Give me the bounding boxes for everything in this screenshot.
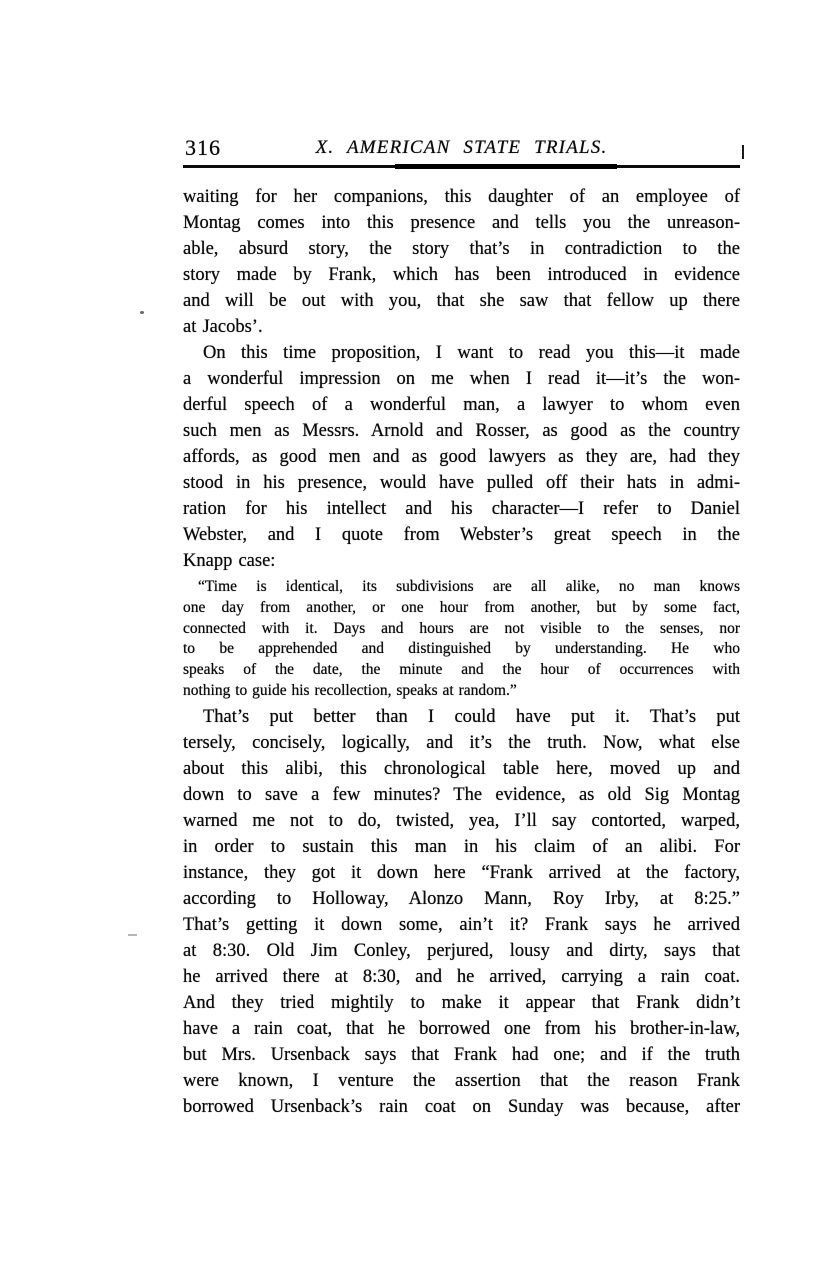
text-line: That’s put better than I could have put … <box>183 704 740 730</box>
text-line: connected with it. Days and hours are no… <box>183 619 740 640</box>
margin-speck <box>140 311 144 314</box>
text-line: to be apprehended and distinguished by u… <box>183 639 740 660</box>
paragraph: waiting for her companions, this daughte… <box>183 184 740 340</box>
paragraph: On this time proposition, I want to read… <box>183 340 740 574</box>
text-line: waiting for her companions, this daughte… <box>183 184 740 210</box>
text-line: warned me not to do, twisted, yea, I’ll … <box>183 808 740 834</box>
text-line: able, absurd story, the story that’s in … <box>183 236 740 262</box>
text-line: That’s getting it down some, ain’t it? F… <box>183 912 740 938</box>
text-line: “Time is identical, its subdivisions are… <box>183 577 740 598</box>
text-line: at Jacobs’. <box>183 314 740 340</box>
text-line: speaks of the date, the minute and the h… <box>183 660 740 681</box>
running-header-title: X. AMERICAN STATE TRIALS. <box>183 137 740 159</box>
text-line: according to Holloway, Alonzo Mann, Roy … <box>183 886 740 912</box>
text-line: have a rain coat, that he borrowed one f… <box>183 1016 740 1042</box>
text-line: stood in his presence, would have pulled… <box>183 470 740 496</box>
paragraph: That’s put better than I could have put … <box>183 704 740 1120</box>
text-line: such men as Messrs. Arnold and Rosser, a… <box>183 418 740 444</box>
text-line: story made by Frank, which has been intr… <box>183 262 740 288</box>
page-text: waiting for her companions, this daughte… <box>183 184 740 1120</box>
text-line: On this time proposition, I want to read… <box>183 340 740 366</box>
margin-speck <box>128 934 137 936</box>
text-line: Webster, and I quote from Webster’s grea… <box>183 522 740 548</box>
text-line: derful speech of a wonderful man, a lawy… <box>183 392 740 418</box>
text-line: down to save a few minutes? The evidence… <box>183 782 740 808</box>
text-line: borrowed Ursenback’s rain coat on Sunday… <box>183 1094 740 1120</box>
text-line: were known, I venture the assertion that… <box>183 1068 740 1094</box>
text-line: Montag comes into this presence and tell… <box>183 210 740 236</box>
text-line: at 8:30. Old Jim Conley, perjured, lousy… <box>183 938 740 964</box>
text-line: and will be out with you, that she saw t… <box>183 288 740 314</box>
text-line: affords, as good men and as good lawyers… <box>183 444 740 470</box>
scanned-book-page: 316 X. AMERICAN STATE TRIALS. waiting fo… <box>0 0 836 1284</box>
text-line: nothing to guide his recollection, speak… <box>183 681 740 702</box>
text-line: tersely, concisely, logically, and it’s … <box>183 730 740 756</box>
text-line: he arrived there at 8:30, and he arrived… <box>183 964 740 990</box>
scan-artifact-tick <box>742 145 744 159</box>
text-line: a wonderful impression on me when I read… <box>183 366 740 392</box>
text-line: ration for his intellect and his charact… <box>183 496 740 522</box>
header-rule <box>183 165 740 168</box>
text-line: but Mrs. Ursenback says that Frank had o… <box>183 1042 740 1068</box>
text-line: Knapp case: <box>183 548 740 574</box>
text-line: one day from another, or one hour from a… <box>183 598 740 619</box>
block-quote: “Time is identical, its subdivisions are… <box>183 577 740 702</box>
running-header: 316 X. AMERICAN STATE TRIALS. <box>183 133 740 163</box>
text-line: And they tried mightily to make it appea… <box>183 990 740 1016</box>
text-line: instance, they got it down here “Frank a… <box>183 860 740 886</box>
text-line: in order to sustain this man in his clai… <box>183 834 740 860</box>
text-line: about this alibi, this chronological tab… <box>183 756 740 782</box>
